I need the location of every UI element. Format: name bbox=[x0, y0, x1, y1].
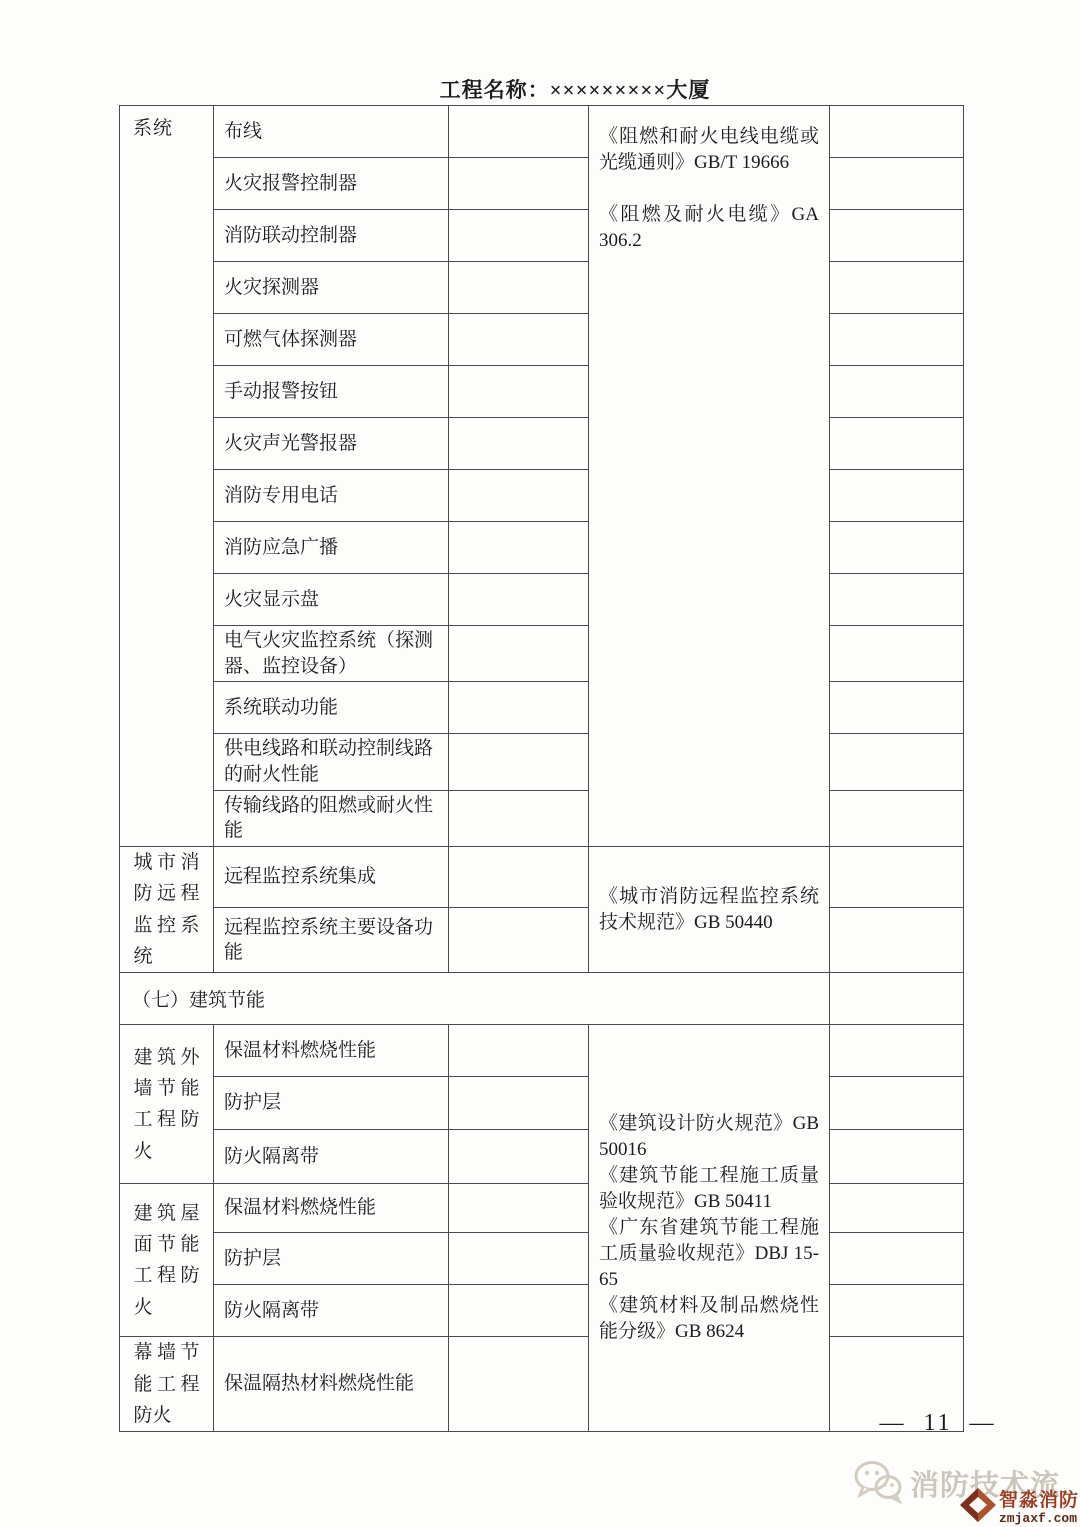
table-row: 幕墙节能工程防火 保温隔热材料燃烧性能 bbox=[120, 1337, 964, 1432]
table-row: 消防专用电话 bbox=[120, 470, 964, 522]
item-cell: 传输线路的阻燃或耐火性能 bbox=[214, 790, 449, 846]
table-row: 火灾探测器 bbox=[120, 262, 964, 314]
remark-cell-empty bbox=[830, 1130, 964, 1184]
table-row: 防火隔离带 bbox=[120, 1130, 964, 1184]
category-cell-exterior-wall: 建筑外墙节能工程防火 bbox=[120, 1025, 214, 1184]
wechat-icon bbox=[853, 1458, 905, 1509]
category-cell-roof: 建筑屋面节能工程防火 bbox=[120, 1184, 214, 1337]
table-row: 供电线路和联动控制线路的耐火性能 bbox=[120, 734, 964, 790]
table-row: （七）建筑节能 bbox=[120, 973, 964, 1025]
result-cell-empty bbox=[449, 158, 589, 210]
item-cell: 可燃气体探测器 bbox=[214, 314, 449, 366]
item-cell: 远程监控系统主要设备功能 bbox=[214, 908, 449, 973]
remark-cell-empty bbox=[830, 418, 964, 470]
item-cell: 保温材料燃烧性能 bbox=[214, 1184, 449, 1233]
result-cell-empty bbox=[449, 574, 589, 626]
result-cell-empty bbox=[449, 106, 589, 158]
item-cell: 保温材料燃烧性能 bbox=[214, 1025, 449, 1077]
category-label: 建筑屋面节能工程防火 bbox=[134, 1198, 200, 1323]
remark-cell-empty bbox=[830, 626, 964, 682]
result-cell-empty bbox=[449, 1077, 589, 1130]
item-cell: 火灾显示盘 bbox=[214, 574, 449, 626]
remark-cell-empty bbox=[830, 262, 964, 314]
table-row: 建筑屋面节能工程防火 保温材料燃烧性能 bbox=[120, 1184, 964, 1233]
table-row: 传输线路的阻燃或耐火性能 bbox=[120, 790, 964, 846]
remark-cell-empty bbox=[830, 1233, 964, 1285]
item-cell: 火灾声光警报器 bbox=[214, 418, 449, 470]
result-cell-empty bbox=[449, 1025, 589, 1077]
result-cell-empty bbox=[449, 846, 589, 907]
result-cell-empty bbox=[449, 1130, 589, 1184]
remark-cell-empty bbox=[830, 682, 964, 734]
remark-cell-empty bbox=[830, 1025, 964, 1077]
item-cell: 手动报警按钮 bbox=[214, 366, 449, 418]
document-page: 工程名称：×××××××××大厦 系统 布线 《阻燃和耐火电线电缆或光缆通则》G… bbox=[0, 0, 1080, 1527]
item-cell: 供电线路和联动控制线路的耐火性能 bbox=[214, 734, 449, 790]
brand-site: zmjaxf.com bbox=[999, 1512, 1079, 1525]
result-cell-empty bbox=[449, 1337, 589, 1432]
remark-cell-empty bbox=[830, 210, 964, 262]
table-row: 防护层 bbox=[120, 1233, 964, 1285]
remark-cell-empty bbox=[830, 1285, 964, 1337]
category-cell-remote-monitoring: 城市消防远程监控系统 bbox=[120, 846, 214, 972]
remark-cell-empty bbox=[830, 908, 964, 973]
table-row: 消防联动控制器 bbox=[120, 210, 964, 262]
result-cell-empty bbox=[449, 790, 589, 846]
standard-cell-remote-monitoring: 《城市消防远程监控系统技术规范》GB 50440 bbox=[589, 846, 830, 972]
item-cell: 消防应急广播 bbox=[214, 522, 449, 574]
item-cell: 防火隔离带 bbox=[214, 1285, 449, 1337]
remark-cell-empty bbox=[830, 106, 964, 158]
result-cell-empty bbox=[449, 366, 589, 418]
result-cell-empty bbox=[449, 626, 589, 682]
standard-cell-system: 《阻燃和耐火电线电缆或光缆通则》GB/T 19666 《阻燃及耐火电缆》GA 3… bbox=[589, 106, 830, 847]
table-row: 防护层 bbox=[120, 1077, 964, 1130]
result-cell-empty bbox=[449, 908, 589, 973]
remark-cell-empty bbox=[830, 158, 964, 210]
category-label: 系统 bbox=[133, 113, 199, 144]
table-row: 远程监控系统主要设备功能 bbox=[120, 908, 964, 973]
item-cell: 火灾探测器 bbox=[214, 262, 449, 314]
table-row: 系统联动功能 bbox=[120, 682, 964, 734]
item-cell: 保温隔热材料燃烧性能 bbox=[214, 1337, 449, 1432]
item-cell: 火灾报警控制器 bbox=[214, 158, 449, 210]
item-cell: 消防联动控制器 bbox=[214, 210, 449, 262]
result-cell-empty bbox=[449, 682, 589, 734]
remark-cell-empty bbox=[830, 366, 964, 418]
result-cell-empty bbox=[449, 522, 589, 574]
result-cell-empty bbox=[449, 262, 589, 314]
result-cell-empty bbox=[449, 470, 589, 522]
table-row: 可燃气体探测器 bbox=[120, 314, 964, 366]
brand-watermark: 智淼消防 zmjaxf.com bbox=[960, 1486, 1079, 1527]
item-cell: 防护层 bbox=[214, 1233, 449, 1285]
page-number: — 11 — bbox=[858, 1410, 1018, 1437]
remark-cell-empty bbox=[830, 846, 964, 907]
item-cell: 远程监控系统集成 bbox=[214, 846, 449, 907]
result-cell-empty bbox=[449, 734, 589, 790]
item-cell: 消防专用电话 bbox=[214, 470, 449, 522]
result-cell-empty bbox=[449, 1233, 589, 1285]
section-header-cell: （七）建筑节能 bbox=[120, 973, 830, 1025]
item-cell: 电气火灾监控系统（探测器、监控设备） bbox=[214, 626, 449, 682]
table-row: 电气火灾监控系统（探测器、监控设备） bbox=[120, 626, 964, 682]
remark-cell-empty bbox=[830, 1077, 964, 1130]
table-row: 火灾报警控制器 bbox=[120, 158, 964, 210]
result-cell-empty bbox=[449, 1285, 589, 1337]
result-cell-empty bbox=[449, 314, 589, 366]
standard-cell-energy: 《建筑设计防火规范》GB 50016 《建筑节能工程施工质量验收规范》GB 50… bbox=[589, 1025, 830, 1432]
remark-cell-empty bbox=[830, 574, 964, 626]
table-row: 城市消防远程监控系统 远程监控系统集成 《城市消防远程监控系统技术规范》GB 5… bbox=[120, 846, 964, 907]
result-cell-empty bbox=[449, 418, 589, 470]
category-label: 幕墙节能工程防火 bbox=[134, 1337, 200, 1431]
remark-cell-empty bbox=[830, 1184, 964, 1233]
category-label: 城市消防远程监控系统 bbox=[134, 847, 200, 972]
remark-cell-empty bbox=[830, 973, 964, 1025]
table-row: 系统 布线 《阻燃和耐火电线电缆或光缆通则》GB/T 19666 《阻燃及耐火电… bbox=[120, 106, 964, 158]
brand-logo-icon bbox=[960, 1486, 996, 1527]
item-cell: 防火隔离带 bbox=[214, 1130, 449, 1184]
brand-name: 智淼消防 bbox=[999, 1491, 1079, 1510]
remark-cell-empty bbox=[830, 790, 964, 846]
item-cell: 系统联动功能 bbox=[214, 682, 449, 734]
item-cell: 布线 bbox=[214, 106, 449, 158]
remark-cell-empty bbox=[830, 470, 964, 522]
page-title: 工程名称：×××××××××大厦 bbox=[0, 74, 1080, 104]
inspection-table: 系统 布线 《阻燃和耐火电线电缆或光缆通则》GB/T 19666 《阻燃及耐火电… bbox=[119, 105, 964, 1432]
result-cell-empty bbox=[449, 1184, 589, 1233]
category-cell-curtain-wall: 幕墙节能工程防火 bbox=[120, 1337, 214, 1432]
remark-cell-empty bbox=[830, 734, 964, 790]
item-cell: 防护层 bbox=[214, 1077, 449, 1130]
category-label: 建筑外墙节能工程防火 bbox=[134, 1042, 200, 1167]
table-row: 手动报警按钮 bbox=[120, 366, 964, 418]
remark-cell-empty bbox=[830, 314, 964, 366]
category-cell-system: 系统 bbox=[120, 106, 214, 847]
result-cell-empty bbox=[449, 210, 589, 262]
table-row: 火灾显示盘 bbox=[120, 574, 964, 626]
table-row: 建筑外墙节能工程防火 保温材料燃烧性能 《建筑设计防火规范》GB 50016 《… bbox=[120, 1025, 964, 1077]
remark-cell-empty bbox=[830, 522, 964, 574]
table-row: 防火隔离带 bbox=[120, 1285, 964, 1337]
table-row: 火灾声光警报器 bbox=[120, 418, 964, 470]
table-row: 消防应急广播 bbox=[120, 522, 964, 574]
